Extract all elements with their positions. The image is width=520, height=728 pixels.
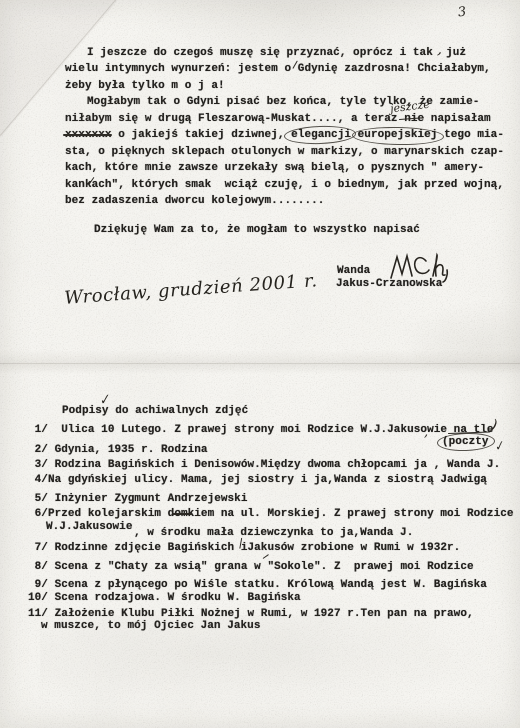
caption-typed-line: 7/ Rodzinne zdjęcie Bagińskich iJakusów … xyxy=(28,542,460,554)
caption-typed-line: 6/Przed kolejarskim domkiem na ul. Morsk… xyxy=(28,508,514,520)
caption-typed-line: 4/Na gdyńskiej ulicy. Mama, jej siostry … xyxy=(28,474,487,486)
caption-typed-line: 11/ Założenie Klubu Piłki Nożnej w Rumi,… xyxy=(28,608,474,620)
handwritten-signature-initials xyxy=(388,252,450,293)
signature-first-name: Wanda xyxy=(337,265,370,277)
letter-typed-line: bez zadaszenia dworcu kolejowym........ xyxy=(65,195,324,207)
paper-texture xyxy=(0,350,520,374)
handwritten-date: Wrocław, grudzień 2001 r. xyxy=(64,270,319,309)
caption-typed-line: W.J.Jakusowie xyxy=(46,521,132,533)
handwritten-mark: 3 xyxy=(457,5,467,19)
strikethrough-mark xyxy=(63,134,112,136)
circled-emphasis-mark xyxy=(284,125,357,146)
caption-typed-line: 9/ Scena z płynącego po Wiśle statku. Kr… xyxy=(28,579,487,591)
letter-typed-line: niłabym się w drugą Fleszarową-Muskat...… xyxy=(65,113,491,125)
caption-typed-line: w muszce, to mój Ojciec Jan Jakus xyxy=(41,620,261,632)
letter-typed-line: żeby była tylko m o j a! xyxy=(65,80,225,92)
paper-texture xyxy=(400,300,520,390)
caption-typed-line: , w środku mała dziewczynka to ja,Wanda … xyxy=(134,527,413,539)
handwritten-mark: , xyxy=(424,426,428,439)
caption-typed-line: 5/ Inżynier Zygmunt Andrzejewski xyxy=(28,493,248,505)
circled-emphasis-mark xyxy=(437,432,496,452)
document-page: I jeszcze do czegoś muszę się przyznać, … xyxy=(0,0,520,728)
letter-typed-line: I jeszcze do czegoś muszę się przyznać, … xyxy=(87,47,466,59)
caption-typed-line: 3/ Rodzina Bagińskich i Denisowów.Między… xyxy=(28,459,500,471)
fold-line xyxy=(0,363,520,364)
caption-typed-line: 2/ Gdynia, 1935 r. Rodzina xyxy=(28,444,208,456)
letter-typed-line: kankach", których smak wciąż czuję, i o … xyxy=(65,179,504,191)
strikethrough-mark xyxy=(172,513,192,515)
letter-typed-line: wielu intymnych wynurzeń: jestem o Gdyni… xyxy=(65,63,491,75)
handwritten-mark: ✓ xyxy=(492,439,506,454)
caption-typed-line: 8/ Scena z "Chaty za wsią" grana w "Soko… xyxy=(28,561,474,573)
letter-typed-line: kach, które mnie zawsze urzekały swą bie… xyxy=(65,162,484,174)
strikethrough-mark xyxy=(263,554,270,559)
letter-typed-line: Dziękuję Wam za to, że mogłam to wszystk… xyxy=(94,224,420,236)
letter-typed-line: sta, o pięknych sklepach otulonych w mar… xyxy=(65,146,504,158)
photo-captions-heading: Podpisy do achiwalnych zdjęć xyxy=(62,405,248,417)
handwritten-mark: ) xyxy=(489,417,499,433)
caption-typed-line: 10/ Scena rodzajowa. W środku W. Bagińsk… xyxy=(28,592,301,604)
